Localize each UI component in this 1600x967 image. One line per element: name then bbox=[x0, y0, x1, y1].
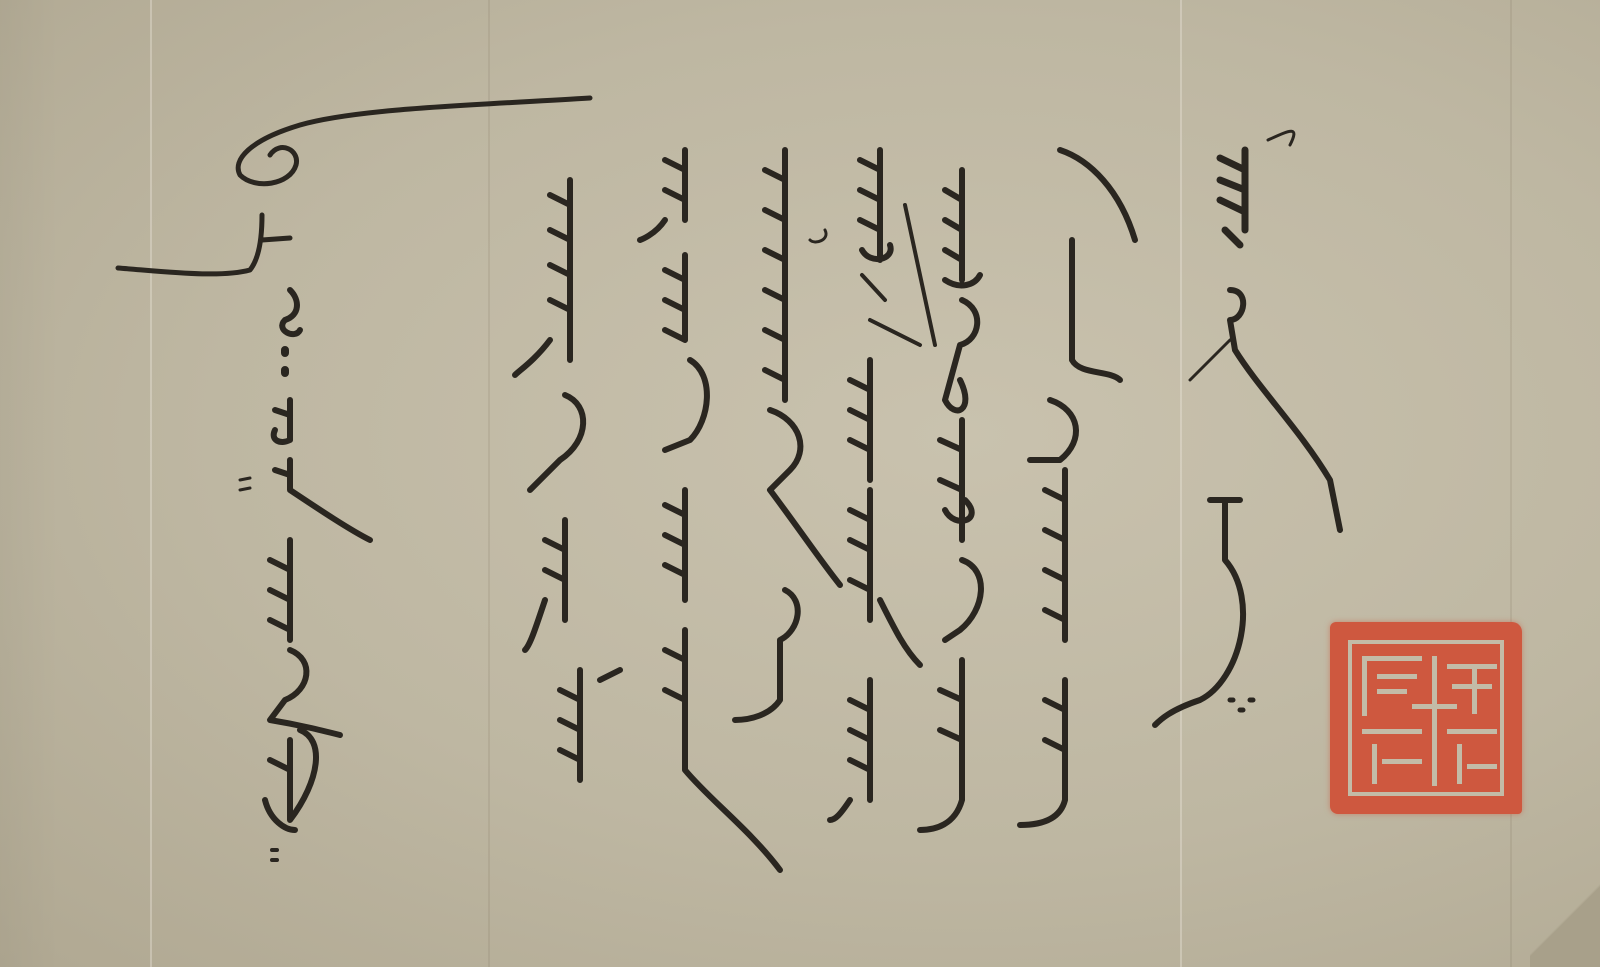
script-column-5 bbox=[735, 150, 840, 720]
seal-glyph-stroke bbox=[1447, 729, 1497, 734]
red-seal-stamp bbox=[1330, 622, 1522, 814]
seal-glyph-stroke bbox=[1372, 744, 1377, 784]
seal-glyph-stroke bbox=[1457, 744, 1462, 784]
manuscript-paper: Mongolian (vertical, traditional) histor… bbox=[0, 0, 1600, 967]
seal-glyph-stroke bbox=[1377, 689, 1407, 694]
script-layer bbox=[0, 0, 1600, 967]
script-column-4 bbox=[830, 150, 920, 820]
spiral-ornament bbox=[118, 98, 590, 274]
seal-glyph-stroke bbox=[1467, 764, 1497, 769]
seal-glyph-stroke bbox=[1362, 656, 1367, 716]
script-column-1 bbox=[1155, 131, 1340, 725]
script-column-7 bbox=[515, 180, 620, 780]
seal-glyph-stroke bbox=[1362, 656, 1422, 661]
seal-border bbox=[1348, 640, 1504, 796]
seal-glyph-stroke bbox=[1412, 704, 1457, 709]
seal-glyph-stroke bbox=[1362, 729, 1422, 734]
script-column-6 bbox=[640, 150, 780, 870]
seal-glyph-stroke bbox=[1432, 656, 1437, 786]
seal-glyph-stroke bbox=[1472, 664, 1477, 714]
seal-glyph-stroke bbox=[1382, 759, 1422, 764]
seal-glyph-stroke bbox=[1377, 674, 1417, 679]
paper-corner-fold bbox=[1530, 877, 1600, 967]
script-column-3 bbox=[905, 170, 981, 830]
script-column-2 bbox=[1020, 150, 1135, 825]
script-column-8 bbox=[240, 290, 370, 860]
